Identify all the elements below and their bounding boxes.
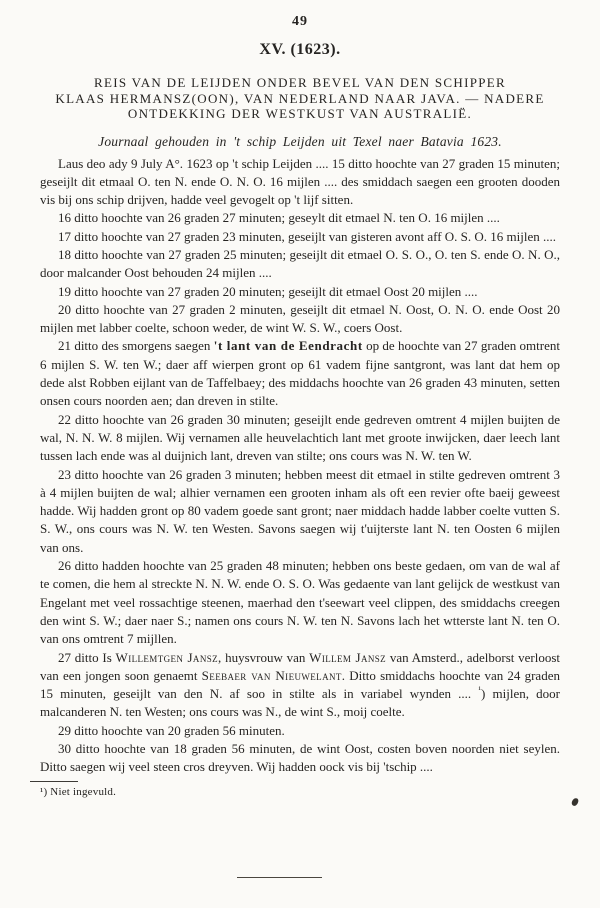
chapter-title-line-3: ONTDEKKING DER WESTKUST VAN AUSTRALIË. <box>40 106 560 122</box>
footnote-text: ¹) Niet ingevuld. <box>40 786 560 798</box>
journal-paragraph: 29 ditto hoochte van 20 graden 56 minute… <box>40 722 560 740</box>
journal-paragraph: 19 ditto hoochte van 27 graden 20 minute… <box>40 283 560 301</box>
page-number: 49 <box>40 14 560 30</box>
journal-paragraph: 30 ditto hoochte van 18 graden 56 minute… <box>40 740 560 777</box>
chapter-title: REIS VAN DE LEIJDEN ONDER BEVEL VAN DEN … <box>40 75 560 122</box>
journal-paragraph: Laus deo ady 9 July A°. 1623 op 't schip… <box>40 155 560 210</box>
journal-paragraph: 18 ditto hoochte van 27 graden 25 minute… <box>40 246 560 283</box>
footnote-divider <box>30 781 78 782</box>
journal-subtitle: Journaal gehouden in 't schip Leijden ui… <box>40 134 560 150</box>
journal-paragraph: 21 ditto des smorgens saegen 't lant van… <box>40 337 560 410</box>
ink-speck <box>571 797 579 806</box>
section-divider <box>237 877 322 878</box>
journal-paragraph: 20 ditto hoochte van 27 graden 2 minuten… <box>40 301 560 338</box>
book-page: 49 XV. (1623). REIS VAN DE LEIJDEN ONDER… <box>0 0 600 908</box>
journal-paragraph: 26 ditto hadden hoochte van 25 graden 48… <box>40 557 560 648</box>
chapter-title-line-1: REIS VAN DE LEIJDEN ONDER BEVEL VAN DEN … <box>40 75 560 91</box>
journal-paragraph: 22 ditto hoochte van 26 graden 30 minute… <box>40 411 560 466</box>
journal-paragraph: 23 ditto hoochte van 26 graden 3 minuten… <box>40 466 560 557</box>
journal-paragraph: 27 ditto Is Willemtgen Jansz, huysvrouw … <box>40 649 560 722</box>
journal-paragraph: 16 ditto hoochte van 26 graden 27 minute… <box>40 209 560 227</box>
chapter-heading: XV. (1623). <box>40 41 560 59</box>
chapter-title-line-2: KLAAS HERMANSZ(OON), VAN NEDERLAND NAAR … <box>40 91 560 107</box>
journal-paragraph: 17 ditto hoochte van 27 graden 23 minute… <box>40 228 560 246</box>
journal-paragraphs: Laus deo ady 9 July A°. 1623 op 't schip… <box>40 155 560 777</box>
